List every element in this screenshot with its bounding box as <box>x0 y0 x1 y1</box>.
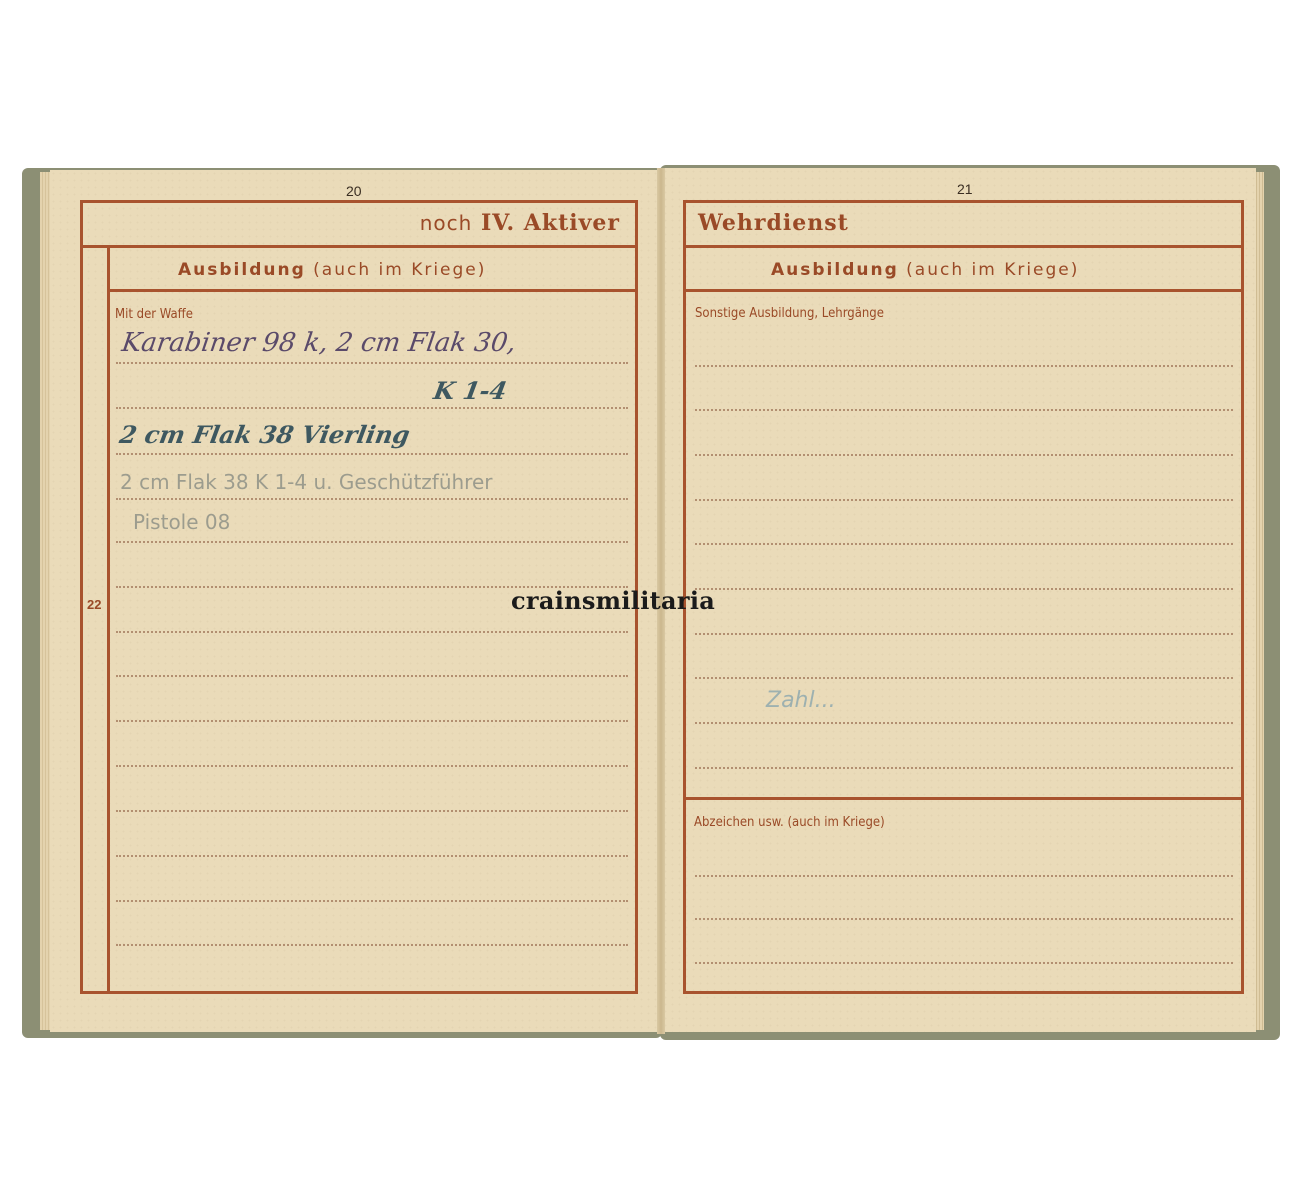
left-section-divider <box>107 289 638 292</box>
ruled-line <box>695 962 1233 964</box>
ruled-line <box>695 499 1233 501</box>
ruled-line <box>116 810 628 812</box>
handwritten-entry-4: 2 cm Flak 38 K 1-4 u. Geschützführer <box>120 470 492 494</box>
ruled-line <box>695 454 1233 456</box>
margin-number: 22 <box>87 597 101 612</box>
right-section-divider <box>683 289 1244 292</box>
header-title: IV. Aktiver <box>481 210 620 236</box>
left-header-divider <box>80 245 638 248</box>
ruled-line <box>116 541 628 543</box>
handwritten-entry-1: Karabiner 98 k, 2 cm Flak 30, <box>120 328 518 358</box>
ruled-line <box>695 767 1233 769</box>
handwritten-entry-3: 2 cm Flak 38 Vierling <box>117 420 412 449</box>
left-section-title: Ausbildung (auch im Kriege) <box>178 260 486 280</box>
section-qualifier: (auch im Kriege) <box>906 260 1079 280</box>
field-label-other-training: Sonstige Ausbildung, Lehrgänge <box>695 306 884 321</box>
ruled-line <box>695 875 1233 877</box>
ruled-line <box>116 720 628 722</box>
right-header-title: Wehrdienst <box>698 210 849 236</box>
ruled-line <box>116 362 628 364</box>
field-label-weapon: Mit der Waffe <box>115 307 193 322</box>
ruled-line <box>116 900 628 902</box>
faint-ink-mark: Zahl... <box>766 688 836 713</box>
section-main: Ausbildung <box>178 260 306 280</box>
ruled-line <box>695 918 1233 920</box>
right-subsection-divider <box>683 797 1244 800</box>
ruled-line <box>695 633 1233 635</box>
handwritten-entry-2: K 1-4 <box>431 376 509 405</box>
ruled-line <box>695 588 1233 590</box>
ruled-line <box>116 855 628 857</box>
section-main: Ausbildung <box>771 260 899 280</box>
ruled-line <box>695 722 1233 724</box>
ruled-line <box>695 409 1233 411</box>
ruled-line <box>695 365 1233 367</box>
header-prefix: noch <box>420 211 473 235</box>
left-header-title: noch IV. Aktiver <box>420 210 620 236</box>
ruled-line <box>116 675 628 677</box>
right-header-divider <box>683 245 1244 248</box>
page-number-left: 20 <box>346 183 362 199</box>
ruled-line <box>116 944 628 946</box>
ruled-line <box>695 543 1233 545</box>
right-section-title: Ausbildung (auch im Kriege) <box>771 260 1079 280</box>
section-qualifier: (auch im Kriege) <box>313 260 486 280</box>
left-margin-column-line <box>107 245 110 994</box>
handwritten-entry-5: Pistole 08 <box>133 510 230 534</box>
ruled-line <box>116 498 628 500</box>
page-number-right: 21 <box>957 181 973 197</box>
field-label-badges: Abzeichen usw. (auch im Kriege) <box>694 815 885 830</box>
ruled-line <box>116 453 628 455</box>
watermark: crainsmilitaria <box>511 586 715 615</box>
ruled-line <box>116 765 628 767</box>
ruled-line <box>695 677 1233 679</box>
ruled-line <box>116 407 628 409</box>
ruled-line <box>116 631 628 633</box>
